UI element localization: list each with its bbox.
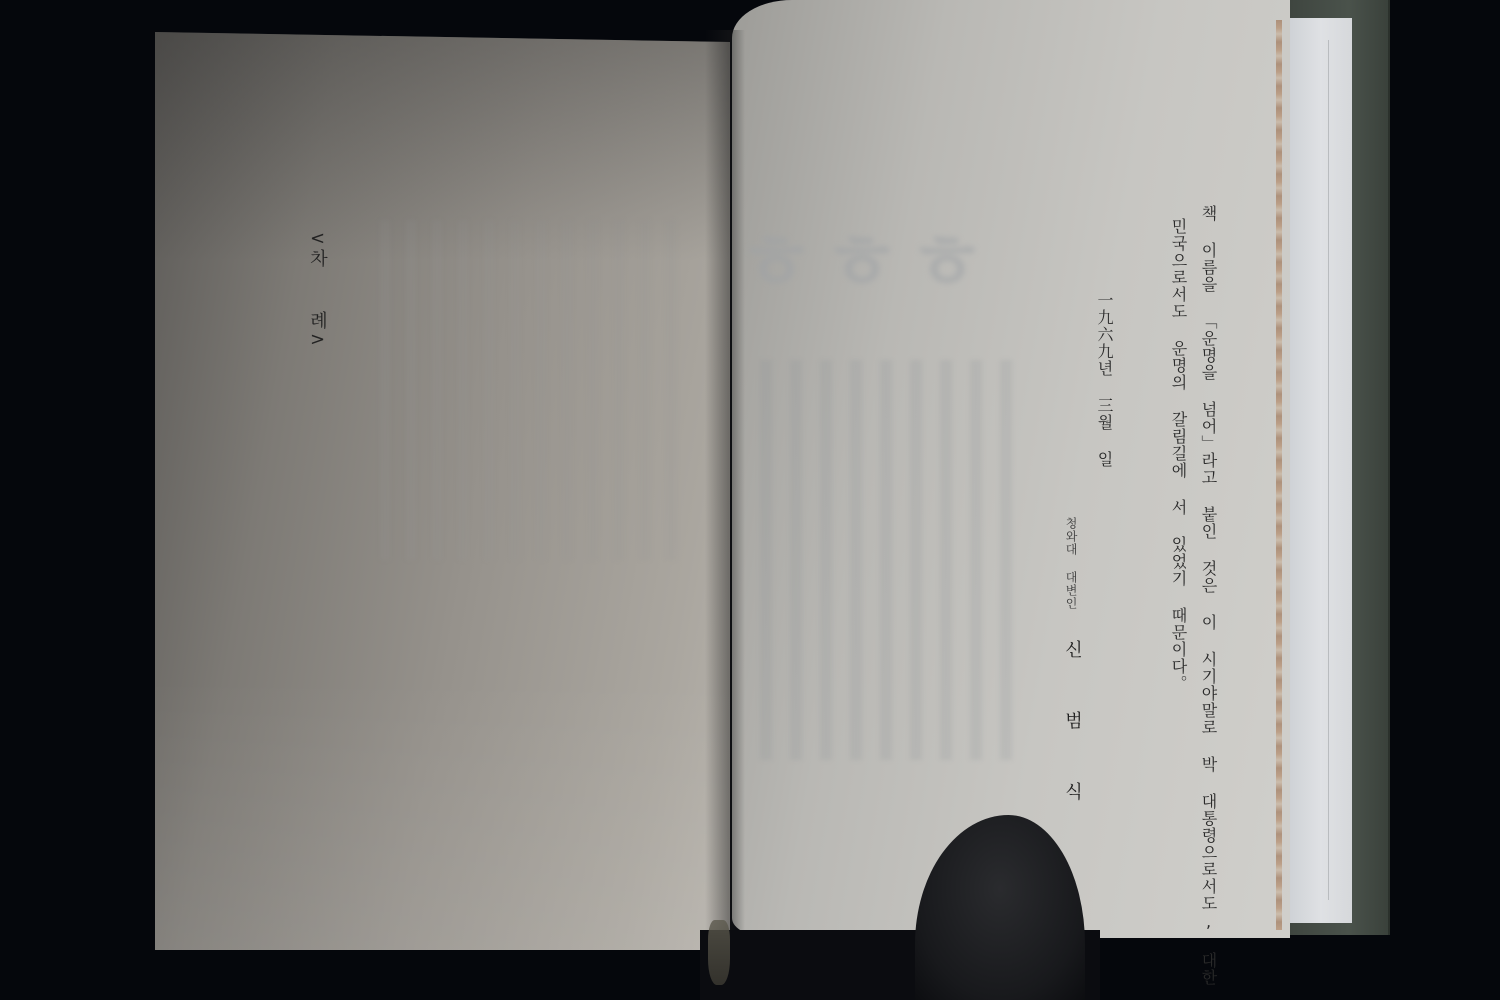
toc-open-bracket: < [307,228,328,249]
preface-line-2: 민국으로서도 운명의 갈림길에 서 있었기 때문이다。 [1167,218,1190,692]
preface-date: 一九六九년 三월 일 [1093,292,1116,468]
toc-char-1: 차 [307,249,328,267]
book-gutter [705,30,745,930]
right-page-bleed-through-lines [760,360,1020,760]
toc-heading: <차례> [308,228,326,350]
preface-line-1: 책 이름을 「운명을 넘어」라고 붙인 것은 이 시기야말로 박 대통령으로서도… [1197,205,1220,986]
bookmark-tassel [708,920,730,985]
left-page-shading [155,32,730,950]
page-edge-foxing [1276,20,1282,930]
toc-close-bracket: > [307,329,328,350]
book-photo: <차례> ㅎㅎㅎ 책 이름을 「운명을 넘어」라고 붙인 것은 이 시기야말로 … [0,0,1500,1000]
inserted-sheet-fold [1298,40,1329,900]
author-name: 신 범 식 [1059,640,1085,816]
toc-char-2: 례 [307,311,328,329]
author-affiliation: 청와대 대변인 [1063,517,1080,610]
